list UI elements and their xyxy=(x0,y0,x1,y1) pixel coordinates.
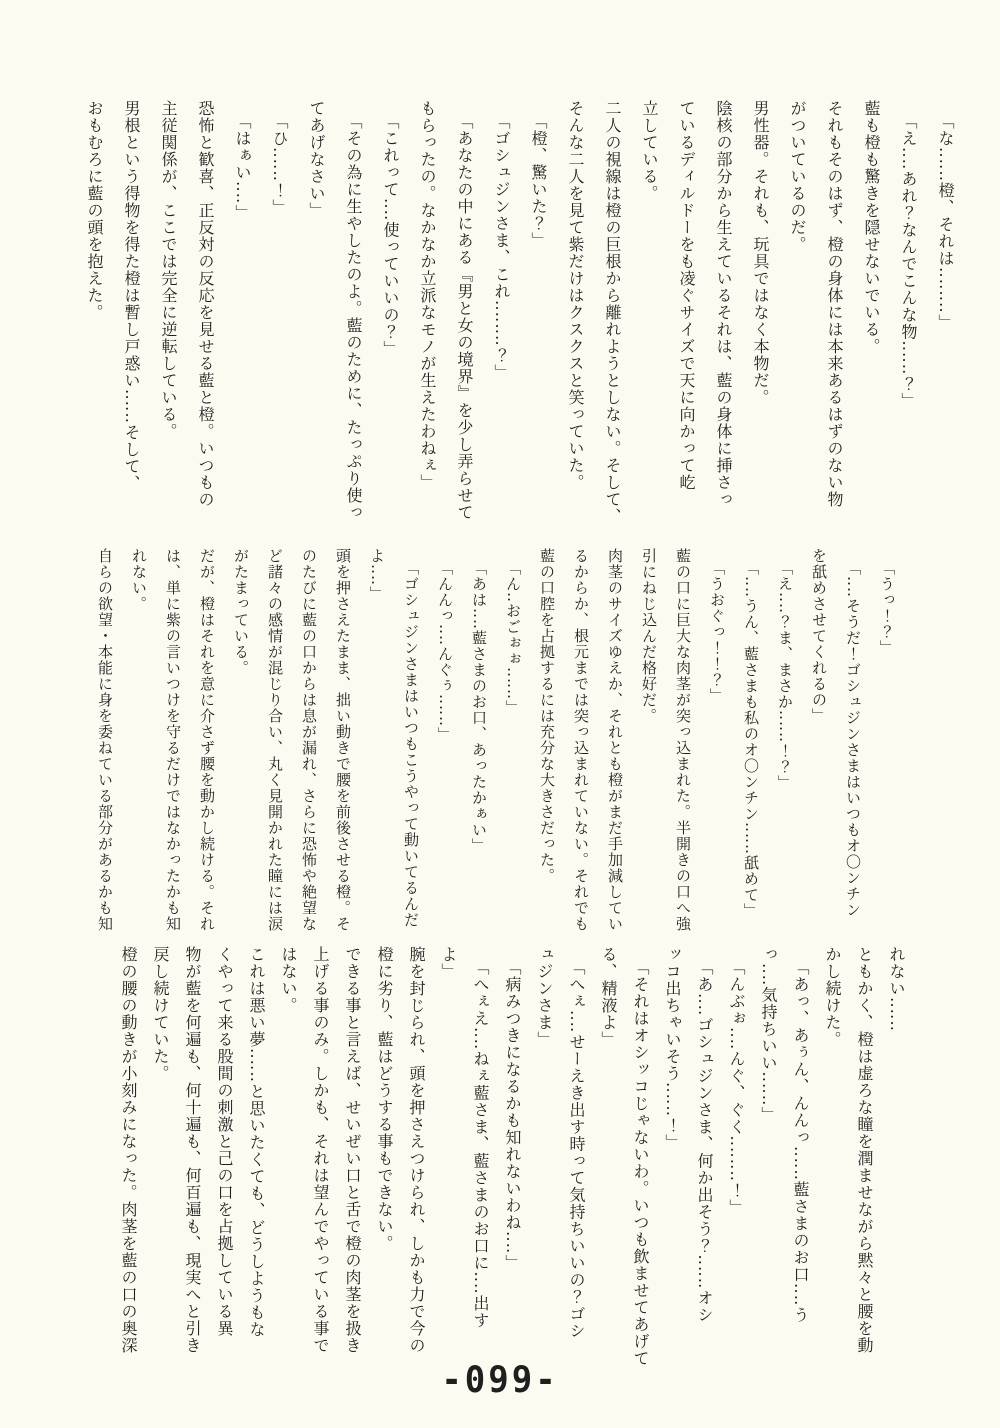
text-column: ているディルドーをも凌ぐサイズで天に向かって屹 xyxy=(668,100,705,514)
text-column: 立している。 xyxy=(631,100,668,514)
text-column: 橙に劣り、藍はどうする事もできない。 xyxy=(368,946,400,1366)
text-column: 引にねじ込んだ格好だ。 xyxy=(632,548,666,942)
text-column: それもそのはず、橙の身体には本来あるはずのない物 xyxy=(816,100,853,514)
text-column: 「あは‥‥藍さまのお口、あったかぁい」 xyxy=(462,548,496,942)
text-column: を舐めさせてくれるの」 xyxy=(802,548,836,942)
text-column: 「ひ‥‥‥！」 xyxy=(261,100,298,514)
text-column: ュジンさま」 xyxy=(528,946,560,1366)
text-column: 藍の口腔を占拠するには充分な大きさだった。 xyxy=(530,548,564,942)
text-block-top: 「な‥‥‥橙、それは‥‥‥‥」「え‥‥あれ？なんでこんな物‥‥‥？」藍も橙も驚き… xyxy=(76,100,964,514)
text-column: れない‥‥‥ xyxy=(880,946,912,1366)
text-column: ともかく、橙は虚ろな瞳を潤ませながら黙々と腰を動 xyxy=(848,946,880,1366)
text-column: てあげなさい」 xyxy=(298,100,335,514)
text-column: 物が藍を何遍も、何十遍も、何百遍も、現実へと引き xyxy=(176,946,208,1366)
scanned-page: 「な‥‥‥橙、それは‥‥‥‥」「え‥‥あれ？なんでこんな物‥‥‥？」藍も橙も驚き… xyxy=(0,0,1000,1428)
text-column: はない。 xyxy=(272,946,304,1366)
text-column: 「んんっ‥‥んぐぅ‥‥‥」 xyxy=(428,548,462,942)
text-column: 「え‥‥？ま、まさか‥‥‥！？」 xyxy=(768,548,802,942)
text-column: 頭を押さえたまま、拙い動きで腰を前後させる橙。そ xyxy=(326,548,360,942)
text-column: ッコ出ちゃいそう‥‥‥！」 xyxy=(656,946,688,1366)
text-column: 戻し続けていた。 xyxy=(144,946,176,1366)
text-column: 「これって‥‥使っていいの？」 xyxy=(372,100,409,514)
text-column: 「橙、驚いた？」 xyxy=(520,100,557,514)
text-column: 「あっ、あぅん、んんっ‥‥‥藍さまのお口‥‥う xyxy=(784,946,816,1366)
text-column: おもむろに藍の頭を抱えた。 xyxy=(76,100,113,514)
text-column: 「はぁい‥‥」 xyxy=(224,100,261,514)
text-column: 「へぇえ‥‥ねぇ藍さま、藍さまのお口に‥‥出す xyxy=(464,946,496,1366)
text-column: 自らの欲望・本能に身を委ねている部分があるかも知 xyxy=(88,548,122,942)
text-column: だが、橙はそれを意に介さず腰を動かし続ける。それ xyxy=(190,548,224,942)
text-column: これは悪い夢‥‥‥と思いたくても、どうしようもな xyxy=(240,946,272,1366)
text-column: っ‥‥気持ちいい‥‥‥」 xyxy=(752,946,784,1366)
text-column: 陰核の部分から生えているそれは、藍の身体に挿さっ xyxy=(705,100,742,514)
text-column: できる事と言えば、せいぜい口と舌で橙の肉茎を扱き xyxy=(336,946,368,1366)
text-column: 「‥‥そうだ！ゴシュジンさまはいつもオ〇ンチン xyxy=(836,548,870,942)
text-column: 「んぶぉ‥‥んぐ、ぐく‥‥‥‥！」 xyxy=(720,946,752,1366)
text-block-bottom: れない‥‥‥ともかく、橙は虚ろな瞳を潤ませながら黙々と腰を動かし続けた。「あっ、… xyxy=(112,946,912,1366)
text-column: がたまっている。 xyxy=(224,548,258,942)
text-column: 「あなたの中にある『男と女の境界』を少し弄らせて xyxy=(446,100,483,514)
text-column: 橙の腰の動きが小刻みになった。肉茎を藍の口の奥深 xyxy=(112,946,144,1366)
text-column: そんな二人を見て紫だけはクスクスと笑っていた。 xyxy=(557,100,594,514)
text-column: がついているのだ。 xyxy=(779,100,816,514)
text-column: 藍の口に巨大な肉茎が突っ込まれた。半開きの口へ強 xyxy=(666,548,700,942)
text-column: 「‥‥うん、藍さまも私のオ〇ンチン‥‥‥舐めて」 xyxy=(734,548,768,942)
text-column: 肉茎のサイズゆえか、それとも橙がまだ手加減してい xyxy=(598,548,632,942)
text-column: 上げる事のみ。しかも、それは望んでやっている事で xyxy=(304,946,336,1366)
text-column: 「え‥‥あれ？なんでこんな物‥‥‥？」 xyxy=(890,100,927,514)
text-column: は、単に紫の言いつけを守るだけではなかったかも知 xyxy=(156,548,190,942)
text-column: 「あ‥‥ゴシュジンさま、何か出そう？‥‥‥オシ xyxy=(688,946,720,1366)
text-column: 「それはオシッコじゃないわ。いつも飲ませてあげて xyxy=(624,946,656,1366)
text-column: れない。 xyxy=(122,548,156,942)
text-column: 「ゴシュジンさま、これ‥‥‥‥？」 xyxy=(483,100,520,514)
text-column: 腕を封じられ、頭を押さえつけられ、しかも力で今の xyxy=(400,946,432,1366)
text-column: ど諸々の感情が混じり合い、丸く見開かれた瞳には涙 xyxy=(258,548,292,942)
text-column: 男根という得物を得た橙は暫し戸惑い‥‥‥そして、 xyxy=(113,100,150,514)
text-column: 「うっ！？」 xyxy=(870,548,904,942)
text-column: 「へぇ‥‥せーえき出す時って気持ちいいの？ゴシ xyxy=(560,946,592,1366)
text-column: 主従関係が、ここでは完全に逆転している。 xyxy=(150,100,187,514)
page-number: -099- xyxy=(0,1358,1000,1401)
text-column: 「病みつきになるかも知れないわね‥‥」 xyxy=(496,946,528,1366)
text-column: 「ん‥おごぉぉ‥‥‥」 xyxy=(496,548,530,942)
text-column: るからか、根元までは突っ込まれていない。それでも xyxy=(564,548,598,942)
text-column: 恐怖と歓喜、正反対の反応を見せる藍と橙。いつもの xyxy=(187,100,224,514)
text-column: 二人の視線は橙の巨根から離れようとしない。そして、 xyxy=(594,100,631,514)
text-block-middle: 「うっ！？」「‥‥そうだ！ゴシュジンさまはいつもオ〇ンチンを舐めさせてくれるの」… xyxy=(88,548,904,942)
text-column: 藍も橙も驚きを隠せないでいる。 xyxy=(853,100,890,514)
text-column: る、精液よ」 xyxy=(592,946,624,1366)
text-column: 「その為に生やしたのよ。藍のために、たっぷり使っ xyxy=(335,100,372,514)
text-column: よ」 xyxy=(432,946,464,1366)
text-column: 「な‥‥‥橙、それは‥‥‥‥」 xyxy=(927,100,964,514)
text-column: のたびに藍の口からは息が漏れ、さらに恐怖や絶望な xyxy=(292,548,326,942)
text-column: 「ゴシュジンさまはいつもこうやって動いてるんだ xyxy=(394,548,428,942)
text-column: 「うおぐっ！！？」 xyxy=(700,548,734,942)
text-column: かし続けた。 xyxy=(816,946,848,1366)
text-column: 男性器。それも、玩具ではなく本物だ。 xyxy=(742,100,779,514)
text-column: よ‥‥」 xyxy=(360,548,394,942)
text-column: もらったの。なかなか立派なモノが生えたわねぇ」 xyxy=(409,100,446,514)
text-column: くやって来る股間の刺激と己の口を占拠している異 xyxy=(208,946,240,1366)
